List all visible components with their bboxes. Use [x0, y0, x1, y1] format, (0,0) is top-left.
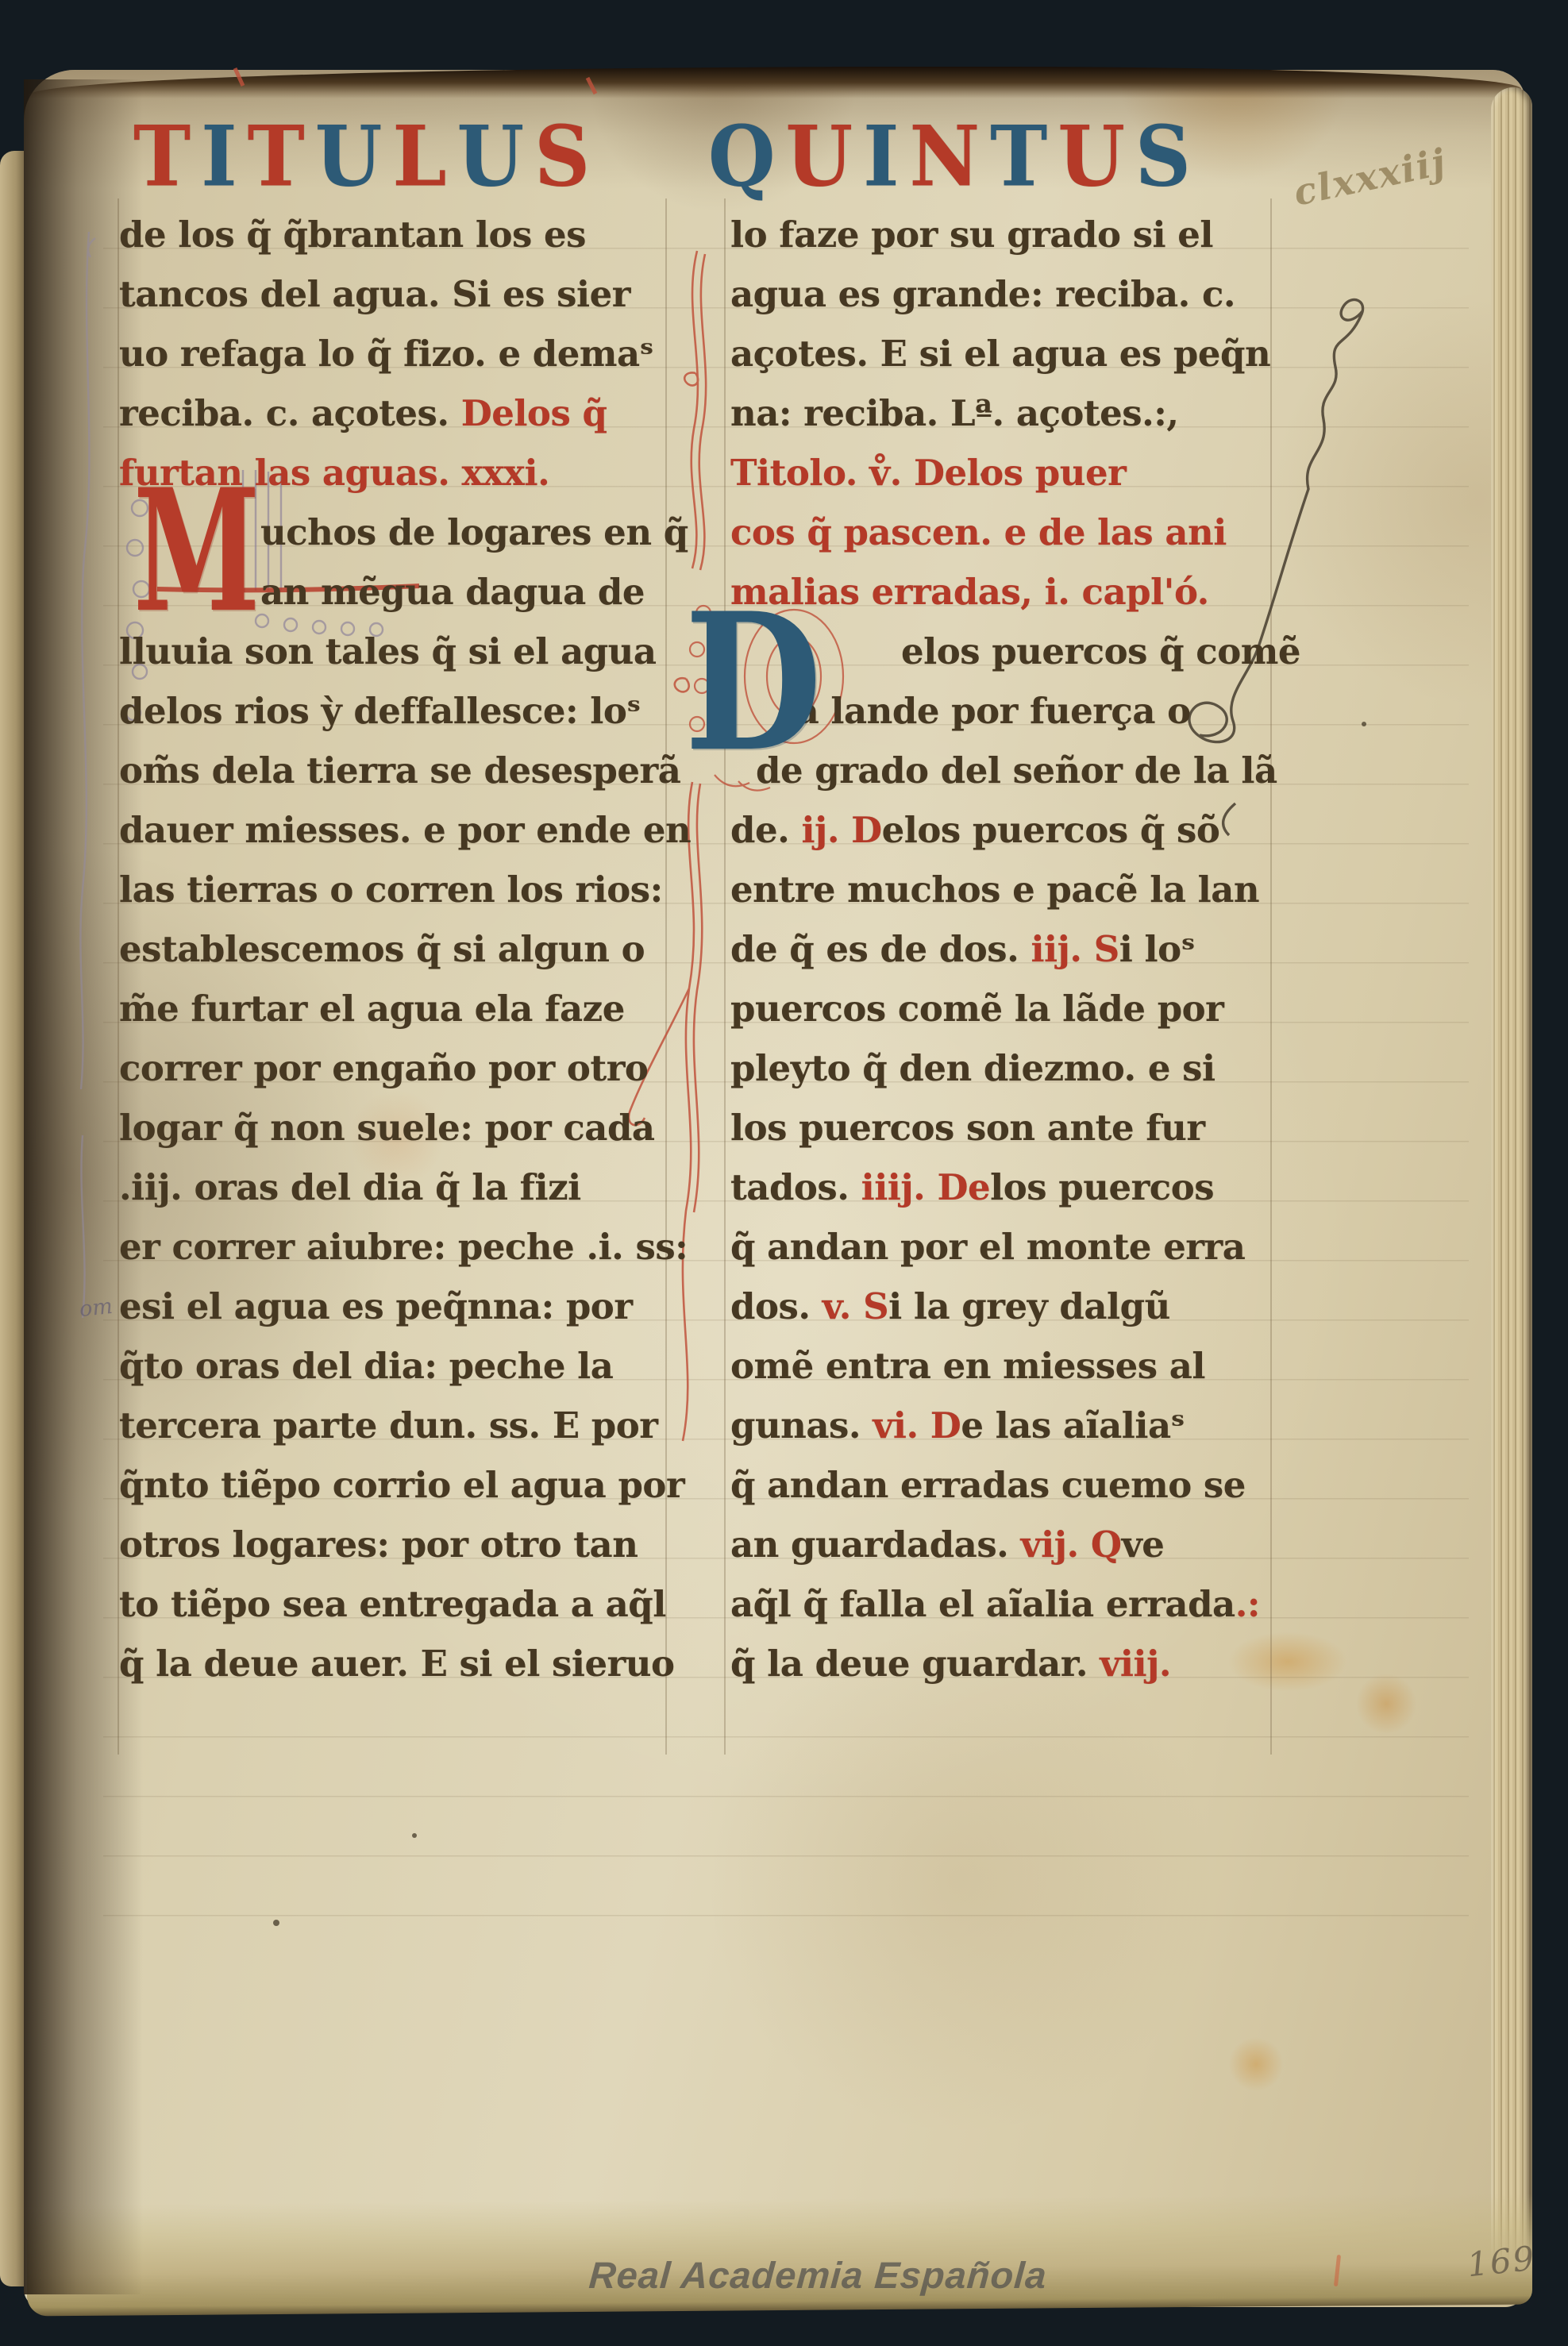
body-text: correr por engaño por otro [119, 1047, 648, 1089]
body-text: reciba. c. açotes. [119, 392, 461, 434]
body-text: establescemos q̃ si algun o [119, 928, 645, 970]
decorated-initial-d: D [684, 589, 822, 778]
text-line: uo refaga lo q̃ fizo. e demaˢ [119, 324, 675, 383]
body-text: esi el agua es peq̃nna: por [119, 1285, 633, 1327]
rubric-text: iij. S [1031, 928, 1119, 970]
text-line: na: reciba. Lª. açotes.:, [730, 383, 1286, 443]
title-letter: S [534, 107, 590, 205]
body-text: q̃to oras del dia: peche la [119, 1345, 613, 1387]
body-text: .iij. oras del dia q̃ la fizi [119, 1166, 581, 1208]
body-text: q̃nto tiẽpo corrio el agua por [119, 1464, 684, 1506]
body-text: los puercos [990, 1166, 1214, 1208]
body-text: ve [1122, 1524, 1165, 1566]
text-line: q̃nto tiẽpo corrio el agua por [119, 1455, 675, 1515]
body-text: na: reciba. Lª. açotes.:, [730, 392, 1179, 434]
text-line: de los q̃ q̃brantan los es [119, 205, 675, 264]
body-text: pleyto q̃ den diezmo. e si [730, 1047, 1215, 1089]
text-line: tancos del agua. Si es sier [119, 264, 675, 324]
text-line: er correr aiubre: peche .i. ss: [119, 1217, 675, 1277]
body-text: otros logares: por otro tan [119, 1524, 638, 1566]
title-letter: U [1058, 107, 1125, 205]
rubric-text: vi. D [873, 1404, 961, 1447]
title-letter: I [201, 107, 237, 205]
text-line: agua es grande: reciba. c. [730, 264, 1286, 324]
title-quintus: QUINTUS [708, 111, 1201, 214]
text-line: q̃ la deue guardar. viij. [730, 1634, 1286, 1693]
text-line: aq̃l q̃ falla el aĩalia errada.: [730, 1574, 1286, 1634]
text-line: q̃ andan por el monte erra [730, 1217, 1286, 1277]
text-line: dauer miesses. e por ende en [119, 800, 675, 860]
body-text: er correr aiubre: peche .i. ss: [119, 1226, 688, 1268]
text-line: de. ij. Delos puercos q̃ sõ [730, 800, 1286, 860]
rubric-text: .: [1235, 1583, 1260, 1625]
text-line: m̃e furtar el agua ela faze [119, 979, 675, 1038]
title-letter: U [315, 107, 383, 205]
title-titulus: TITULUS [133, 111, 600, 214]
text-line: otros logares: por otro tan [119, 1515, 675, 1574]
text-line: omẽ entra en miesses al [730, 1336, 1286, 1396]
rubric-text: Delos q̃ [461, 392, 607, 434]
text-line: q̃to oras del dia: peche la [119, 1336, 675, 1396]
title-letter: N [909, 107, 980, 205]
text-line: dos. v. Si la grey dalgũ [730, 1277, 1286, 1336]
text-line: logar q̃ non suele: por cada [119, 1098, 675, 1158]
text-line: om̃s dela tierra se desesperã [119, 741, 675, 800]
text-line: açotes. E si el agua es peq̃n [730, 324, 1286, 383]
body-text: tados. [730, 1166, 861, 1208]
body-text: to tiẽpo sea entregada a aq̃l [119, 1583, 666, 1625]
page-number: 169 [1466, 2239, 1538, 2285]
body-text: omẽ entra en miesses al [730, 1345, 1205, 1387]
body-text: aq̃l q̃ falla el aĩalia errada [730, 1583, 1235, 1625]
text-line: entre muchos e pacẽ la lan [730, 860, 1286, 919]
text-line: esi el agua es peq̃nna: por [119, 1277, 675, 1336]
body-text: dauer miesses. e por ende en [119, 809, 691, 851]
text-column-right: lo faze por su grado si elagua es grande… [730, 205, 1286, 1693]
body-text: de los q̃ q̃brantan los es [119, 214, 586, 256]
text-line: las tierras o corren los rios: [119, 860, 675, 919]
body-text: dos. [730, 1285, 823, 1327]
rubric-text: v. S [823, 1285, 888, 1327]
body-text: m̃e furtar el agua ela faze [119, 988, 625, 1030]
page-stack-right-edge [1491, 87, 1532, 2279]
body-text: açotes. E si el agua es peq̃n [730, 333, 1270, 375]
body-text: i loˢ [1119, 928, 1195, 970]
body-text: q̃ la deue guardar. [730, 1643, 1100, 1685]
text-column-left: de los q̃ q̃brantan los estancos del agu… [119, 205, 675, 1693]
body-text: i la grey dalgũ [888, 1285, 1170, 1327]
body-text: de q̃ es de dos. [730, 928, 1031, 970]
body-text: tancos del agua. Si es sier [119, 273, 630, 315]
body-text: la lande por fuerça o [783, 690, 1191, 732]
title-letter: T [133, 107, 191, 205]
body-text: e las aĩaliaˢ [961, 1404, 1185, 1447]
body-text: los puercos son ante fur [730, 1107, 1205, 1149]
library-watermark: Real Academia Española [588, 2253, 1049, 2297]
text-line: delos rios ỳ deffallesce: loˢ [119, 681, 675, 741]
body-text: an mẽgua dagua de [260, 571, 645, 613]
body-text: q̃ andan por el monte erra [730, 1226, 1245, 1268]
rubric-text: cos q̃ pascen. e de las ani [730, 511, 1227, 553]
title-letter: L [392, 107, 446, 205]
text-line: los puercos son ante fur [730, 1098, 1286, 1158]
margin-note: om [78, 1294, 114, 1322]
title-letter: S [1135, 107, 1191, 205]
rubric-text: Titolo. v̊. Delos puer [730, 452, 1126, 494]
text-line: .iij. oras del dia q̃ la fizi [119, 1158, 675, 1217]
text-line: to tiẽpo sea entregada a aq̃l [119, 1574, 675, 1634]
manuscript-photo: TITULUS QUINTUS clxxxiij de los q̃ q̃bra… [0, 0, 1568, 2346]
rubric-text: viij. [1100, 1643, 1171, 1685]
title-letter: Q [708, 107, 776, 205]
text-line: gunas. vi. De las aĩaliaˢ [730, 1396, 1286, 1455]
body-text: elos puercos q̃ comẽ [901, 630, 1300, 672]
body-text: las tierras o corren los rios: [119, 869, 663, 911]
body-text: de grado del señor de la lã [756, 749, 1277, 792]
text-line: q̃ la deue auer. E si el sieruo [119, 1634, 675, 1693]
text-line: tercera parte dun. ss. E por [119, 1396, 675, 1455]
body-text: q̃ andan erradas cuemo se [730, 1464, 1246, 1506]
vertical-rule [724, 198, 726, 1755]
text-line: lo faze por su grado si el [730, 205, 1286, 264]
rubric-text: iiij. De [861, 1166, 991, 1208]
text-line: q̃ andan erradas cuemo se [730, 1455, 1286, 1515]
text-line: an guardadas. vij. Qve [730, 1515, 1286, 1574]
text-line: tados. iiij. Delos puercos [730, 1158, 1286, 1217]
title-letter: U [786, 107, 853, 205]
decorated-initial-m: M [133, 467, 260, 635]
body-text: uo refaga lo q̃ fizo. e demaˢ [119, 333, 653, 375]
text-line: establescemos q̃ si algun o [119, 919, 675, 979]
body-text: logar q̃ non suele: por cada [119, 1107, 655, 1149]
title-letter: T [248, 107, 305, 205]
body-text: entre muchos e pacẽ la lan [730, 869, 1259, 911]
text-line: cos q̃ pascen. e de las ani [730, 503, 1286, 562]
text-line: de q̃ es de dos. iij. Si loˢ [730, 919, 1286, 979]
body-text: delos rios ỳ deffallesce: loˢ [119, 690, 641, 732]
text-line: correr por engaño por otro [119, 1038, 675, 1098]
body-text: de. [730, 809, 801, 851]
body-text: gunas. [730, 1404, 873, 1447]
title-letter: T [990, 107, 1047, 205]
title-letter: I [863, 107, 899, 205]
body-text: tercera parte dun. ss. E por [119, 1404, 658, 1447]
body-text: om̃s dela tierra se desesperã [119, 749, 680, 792]
body-text: an guardadas. [730, 1524, 1021, 1566]
rubric-text: ij. D [801, 809, 881, 851]
body-text: lo faze por su grado si el [730, 214, 1213, 256]
rubric-text: vij. Q [1021, 1524, 1122, 1566]
body-text: elos puercos q̃ sõ [882, 809, 1220, 851]
body-text: agua es grande: reciba. c. [730, 273, 1235, 315]
body-text: uchos de logares en q̃ [260, 511, 688, 553]
text-line: puercos comẽ la lãde por [730, 979, 1286, 1038]
facing-page-edge [0, 151, 27, 2286]
body-text: puercos comẽ la lãde por [730, 988, 1223, 1030]
text-line: Titolo. v̊. Delos puer [730, 443, 1286, 503]
text-line: pleyto q̃ den diezmo. e si [730, 1038, 1286, 1098]
body-text: q̃ la deue auer. E si el sieruo [119, 1643, 675, 1685]
title-letter: U [457, 107, 525, 205]
text-line: reciba. c. açotes. Delos q̃ [119, 383, 675, 443]
